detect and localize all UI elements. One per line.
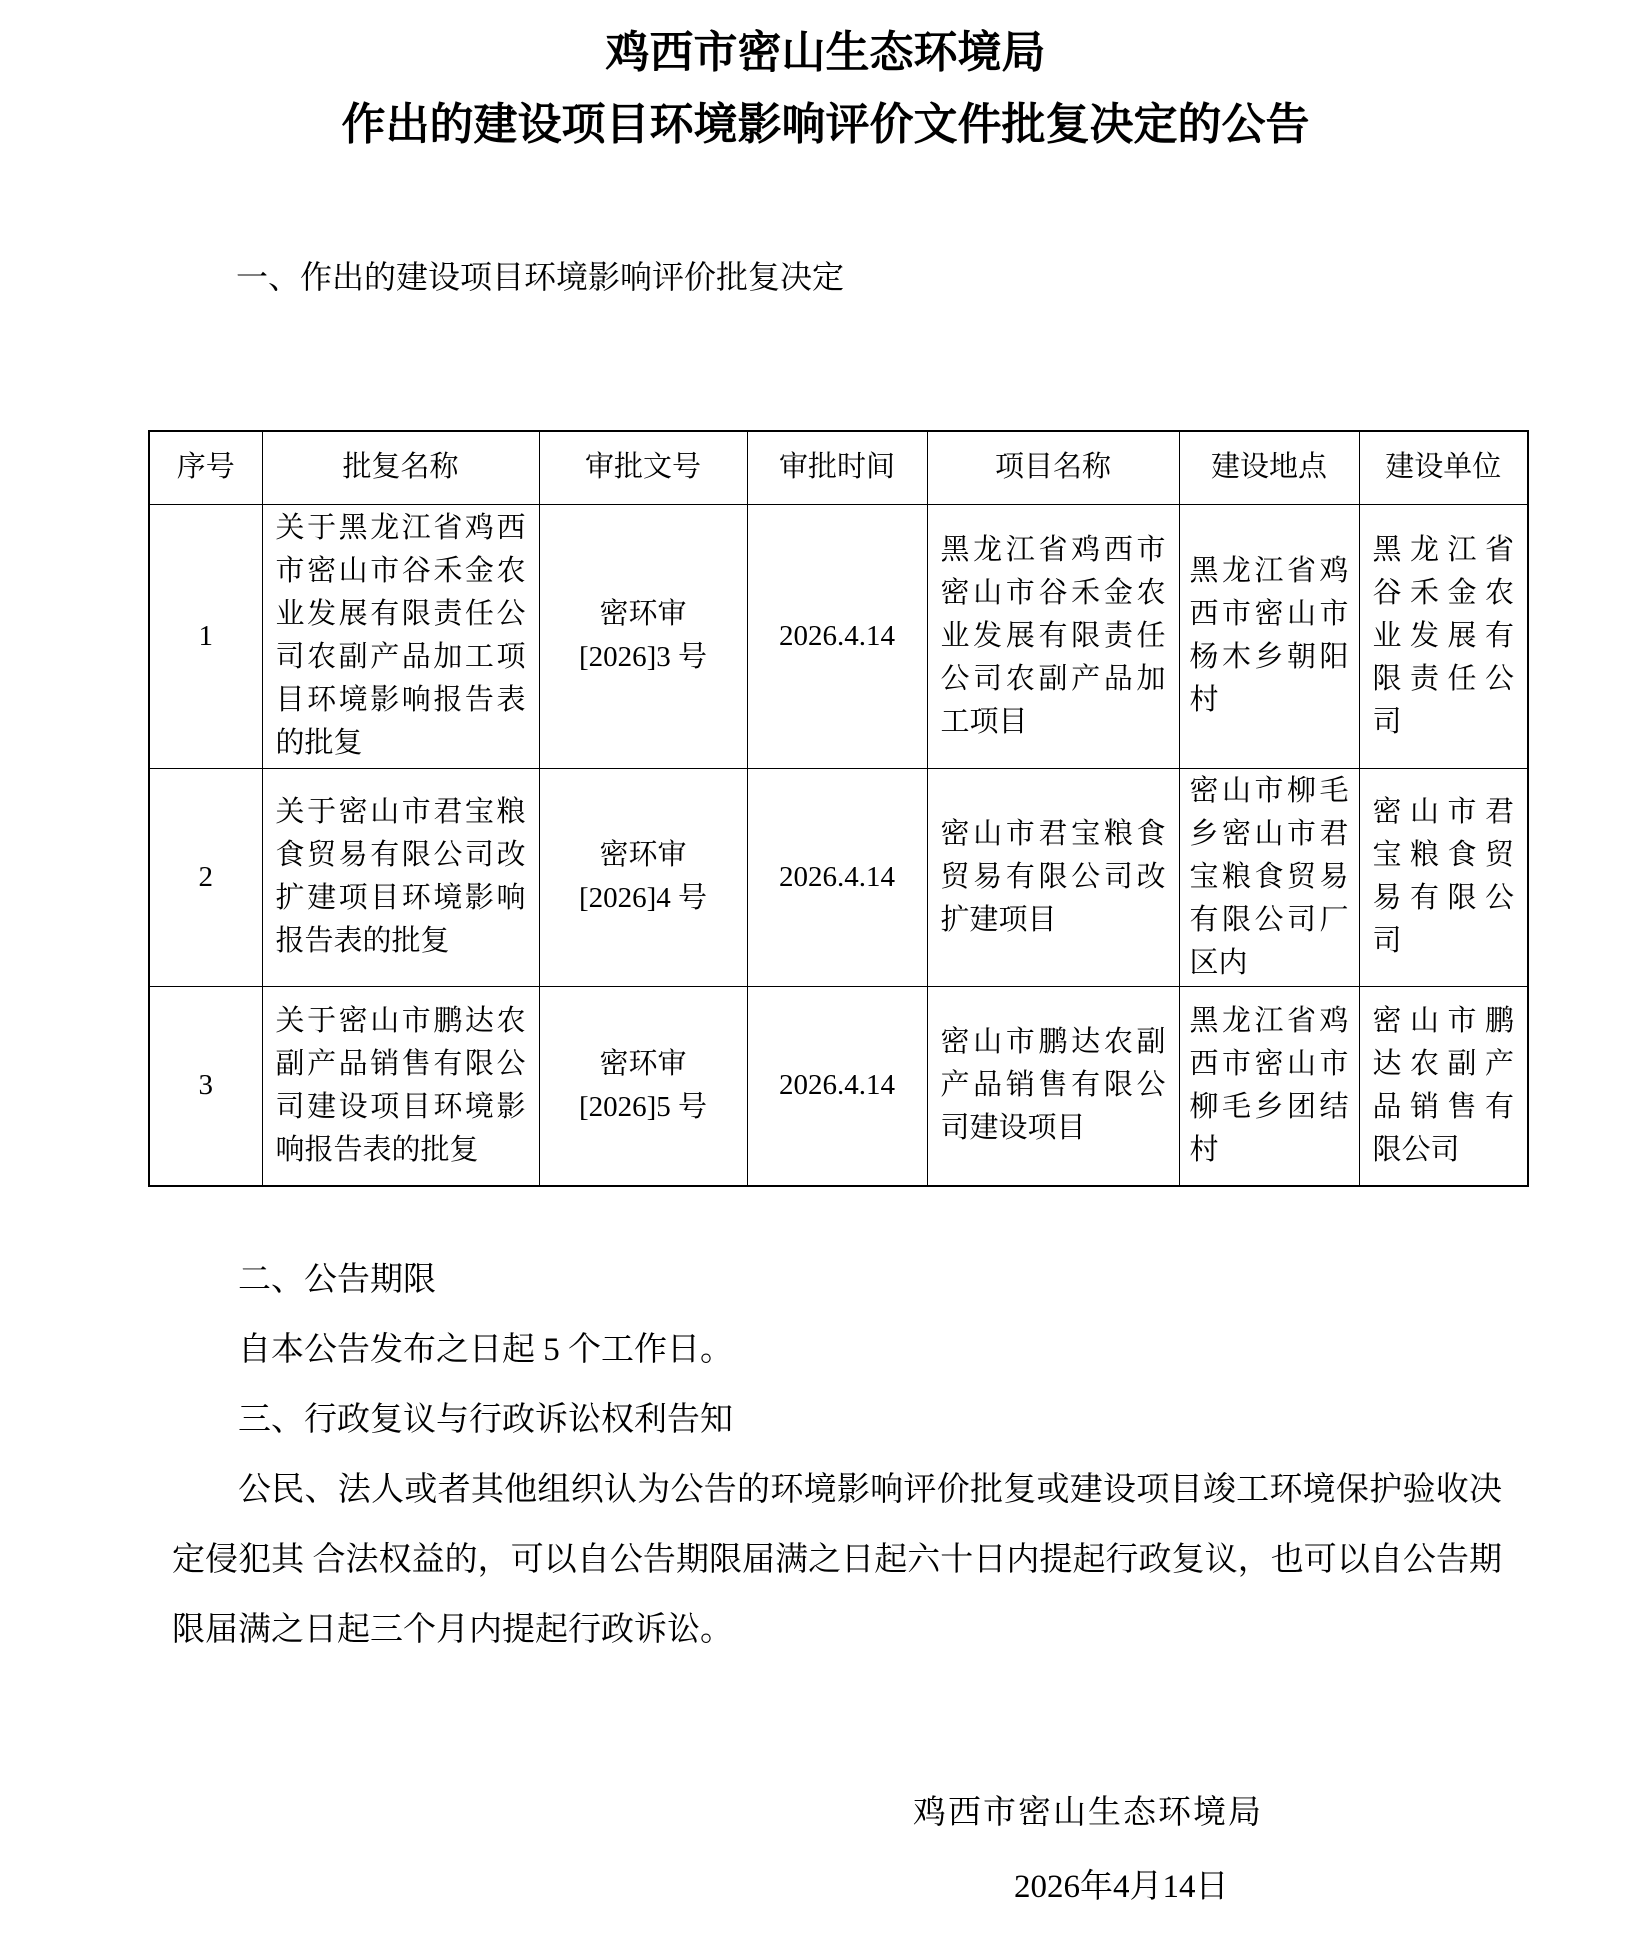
cell-approval-name: 关于密山市君宝粮食贸易有限公司改扩建项目环境影响报告表的批复 (262, 768, 539, 986)
cell-location: 黑龙江省鸡西市密山市杨木乡朝阳村 (1179, 504, 1359, 768)
col-header-approval-date: 审批时间 (747, 431, 927, 504)
cell-builder: 黑龙江省谷禾金农业发展有限责任公司 (1359, 504, 1528, 768)
document-title-line1: 鸡西市密山生态环境局 (0, 0, 1651, 78)
cell-location: 密山市柳毛乡密山市君宝粮食贸易有限公司厂区内 (1179, 768, 1359, 986)
col-header-approval-name: 批复名称 (262, 431, 539, 504)
cell-location: 黑龙江省鸡西市密山市柳毛乡团结村 (1179, 986, 1359, 1186)
document-page: 鸡西市密山生态环境局 作出的建设项目环境影响评价文件批复决定的公告 一、作出的建… (0, 0, 1651, 1946)
cell-seq: 3 (149, 986, 262, 1186)
cell-approval-name: 关于黑龙江省鸡西市密山市谷禾金农业发展有限责任公司农副产品加工项目环境影响报告表… (262, 504, 539, 768)
cell-project-name: 密山市鹏达农副产品销售有限公司建设项目 (927, 986, 1179, 1186)
cell-approval-date: 2026.4.14 (747, 768, 927, 986)
cell-project-name: 密山市君宝粮食贸易有限公司改扩建项目 (927, 768, 1179, 986)
announcement-body: 二、公告期限 自本公告发布之日起 5 个工作日。 三、行政复议与行政诉讼权利告知… (0, 1245, 1651, 1665)
col-header-seq: 序号 (149, 431, 262, 504)
cell-approval-name: 关于密山市鹏达农副产品销售有限公司建设项目环境影响报告表的批复 (262, 986, 539, 1186)
table-header-row: 序号 批复名称 审批文号 审批时间 项目名称 建设地点 建设单位 (149, 431, 1528, 504)
cell-builder: 密山市君宝粮食贸易有限公司 (1359, 768, 1528, 986)
table-row: 2 关于密山市君宝粮食贸易有限公司改扩建项目环境影响报告表的批复 密环审 [20… (149, 768, 1528, 986)
col-header-builder: 建设单位 (1359, 431, 1528, 504)
cell-seq: 1 (149, 504, 262, 768)
document-title-line2: 作出的建设项目环境影响评价文件批复决定的公告 (0, 100, 1651, 150)
cell-approval-date: 2026.4.14 (747, 504, 927, 768)
signature-org: 鸡西市密山生态环境局 (0, 1778, 1651, 1848)
cell-doc-no: 密环审 [2026]3 号 (539, 504, 747, 768)
section3-body: 公民、法人或者其他组织认为公告的环境影响评价批复或建设项目竣工环境保护验收决定侵… (172, 1455, 1502, 1665)
section2-heading: 二、公告期限 (0, 1245, 1651, 1315)
signature-date: 2026年4月14日 (0, 1852, 1651, 1922)
section1-heading: 一、作出的建设项目环境影响评价批复决定 (236, 254, 1651, 300)
cell-doc-no: 密环审 [2026]5 号 (539, 986, 747, 1186)
section3-heading: 三、行政复议与行政诉讼权利告知 (0, 1385, 1651, 1455)
col-header-location: 建设地点 (1179, 431, 1359, 504)
cell-approval-date: 2026.4.14 (747, 986, 927, 1186)
table-row: 1 关于黑龙江省鸡西市密山市谷禾金农业发展有限责任公司农副产品加工项目环境影响报… (149, 504, 1528, 768)
col-header-doc-no: 审批文号 (539, 431, 747, 504)
section2-body: 自本公告发布之日起 5 个工作日。 (0, 1315, 1651, 1385)
cell-doc-no: 密环审 [2026]4 号 (539, 768, 747, 986)
table-row: 3 关于密山市鹏达农副产品销售有限公司建设项目环境影响报告表的批复 密环审 [2… (149, 986, 1528, 1186)
cell-builder: 密山市鹏达农副产品销售有限公司 (1359, 986, 1528, 1186)
cell-seq: 2 (149, 768, 262, 986)
col-header-project-name: 项目名称 (927, 431, 1179, 504)
cell-project-name: 黑龙江省鸡西市密山市谷禾金农业发展有限责任公司农副产品加工项目 (927, 504, 1179, 768)
approvals-table: 序号 批复名称 审批文号 审批时间 项目名称 建设地点 建设单位 1 关于黑龙江… (148, 430, 1529, 1187)
signature-block: 鸡西市密山生态环境局 2026年4月14日 (0, 1778, 1651, 1922)
